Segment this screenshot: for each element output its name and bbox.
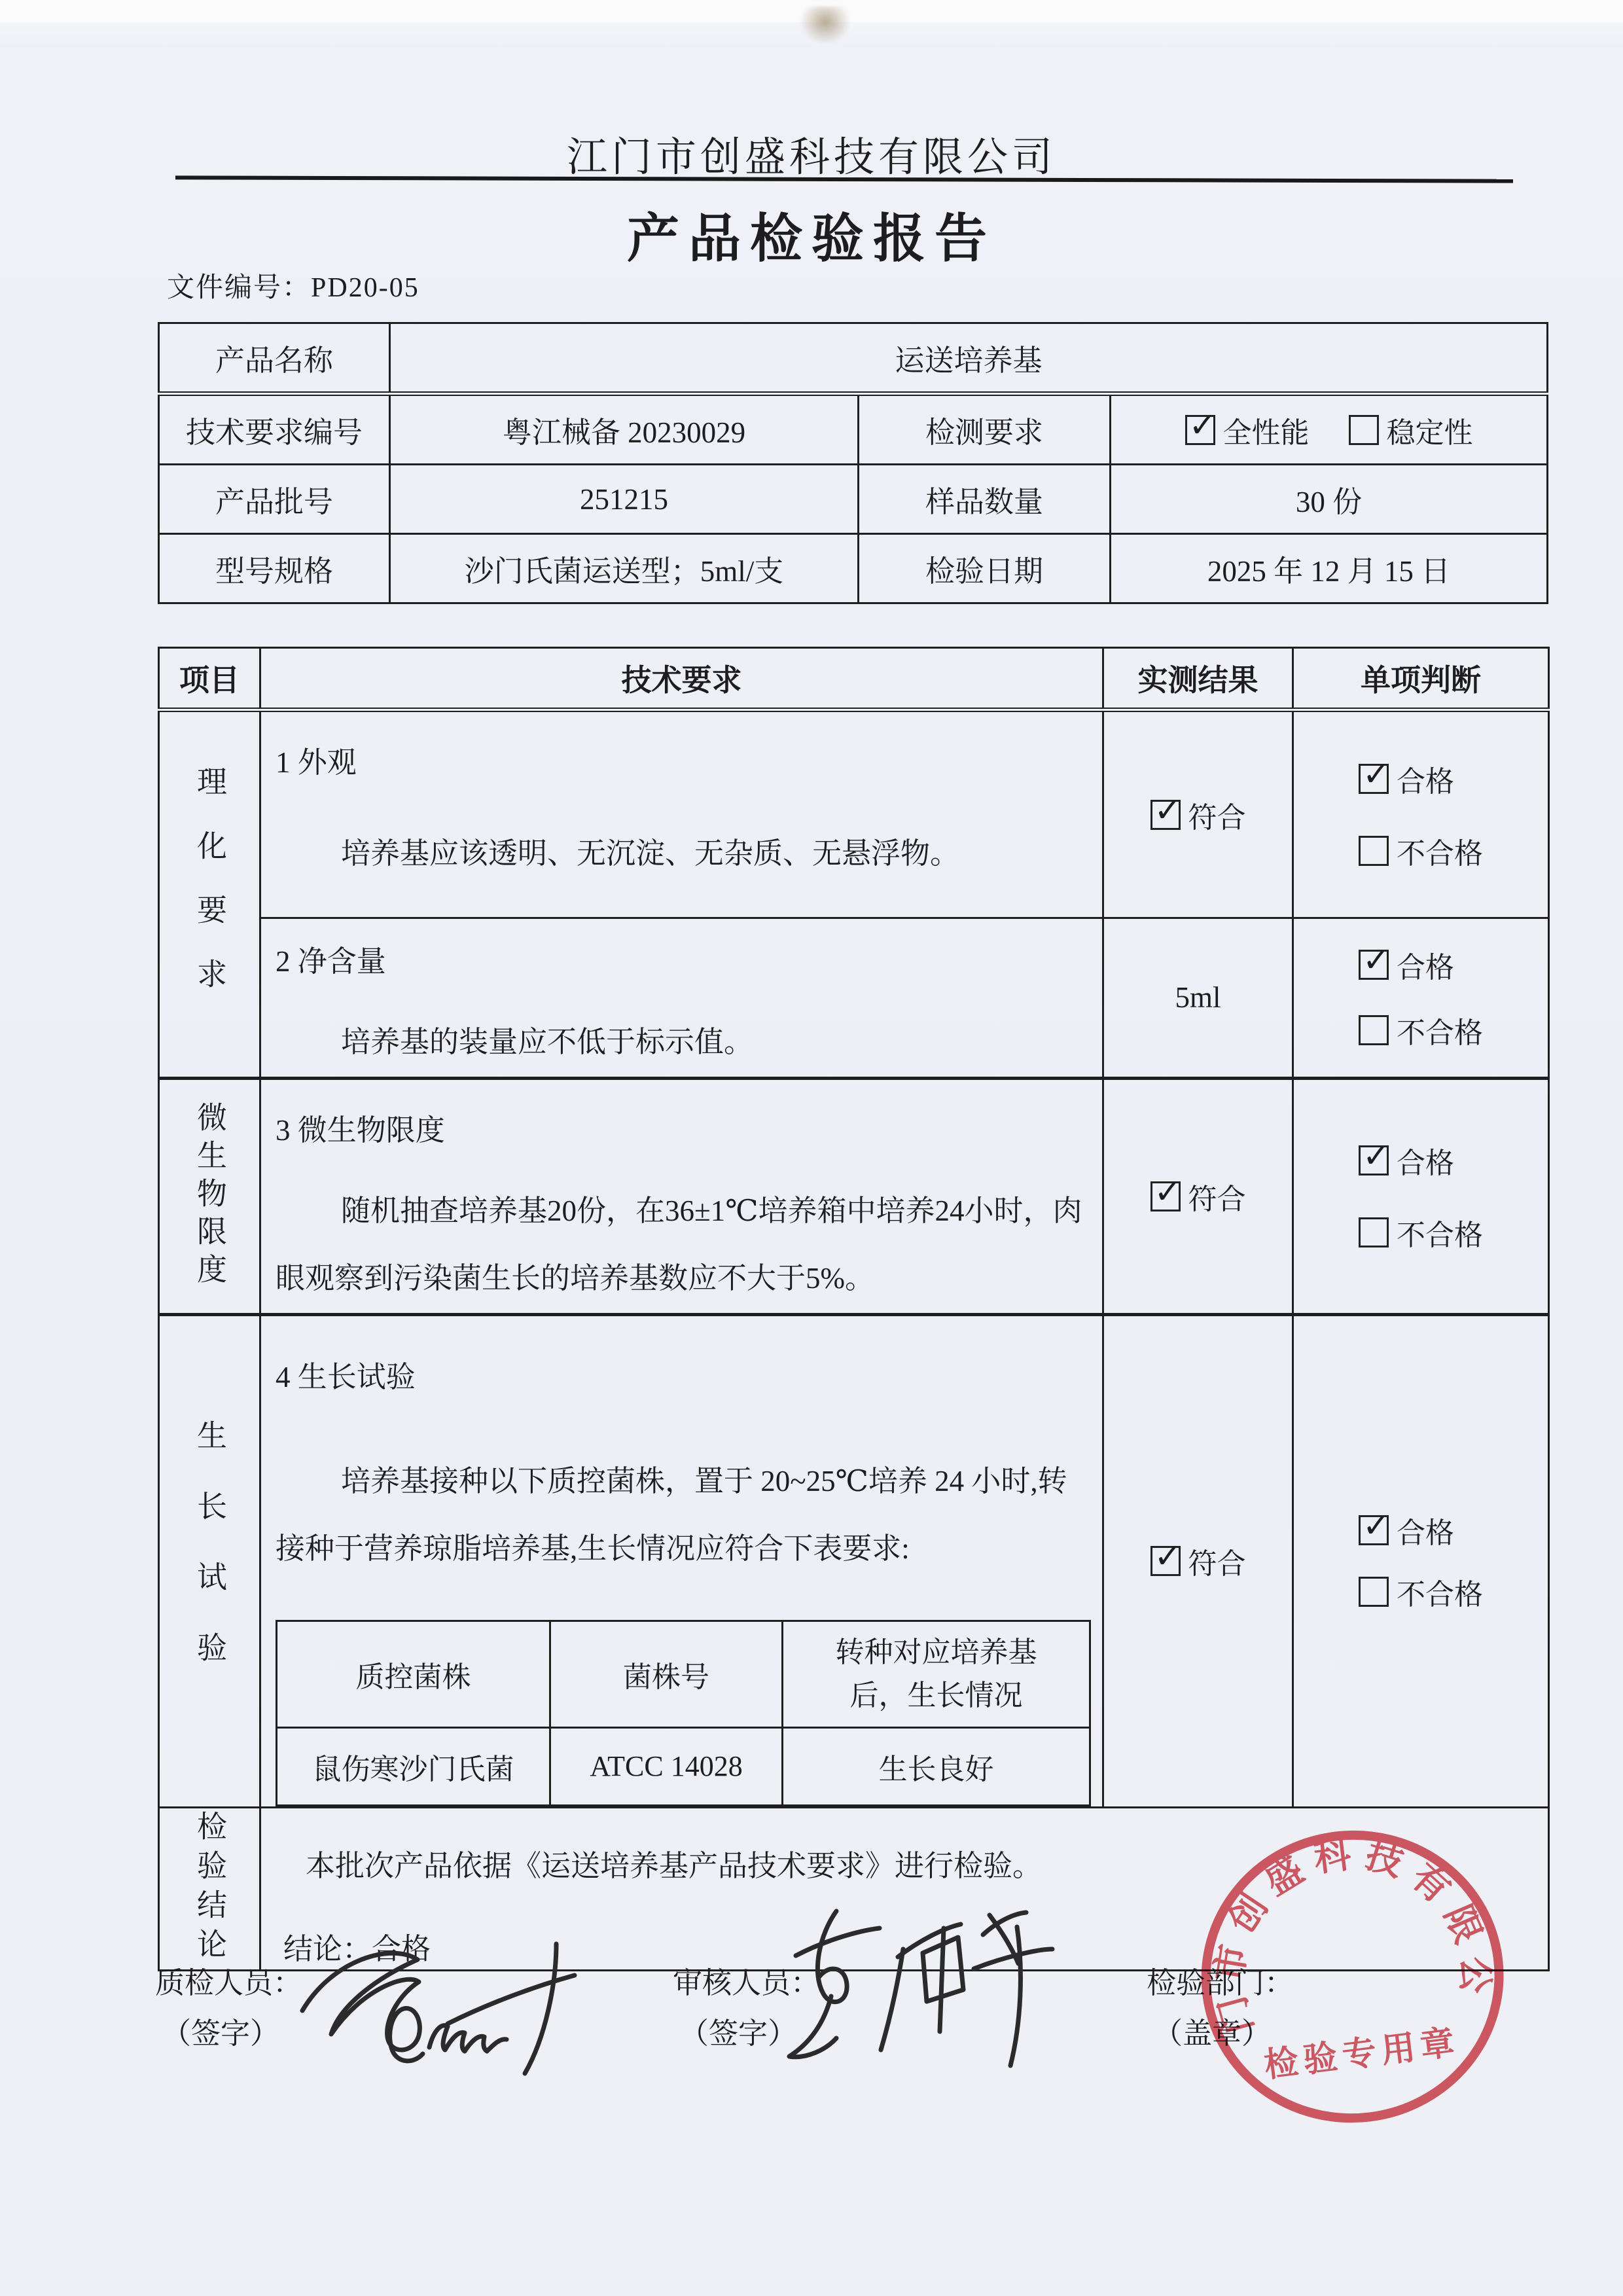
batch-label: 产品批号 <box>159 465 390 534</box>
document-number: 文件编号：PD20-05 <box>167 266 419 305</box>
unchecked-checkbox-icon <box>1349 415 1379 445</box>
table-row: 型号规格 沙门氏菌运送型；5ml/支 检验日期 2025 年 12 月 15 日 <box>159 534 1548 603</box>
requirement-heading: 2 净含量 <box>276 937 1082 980</box>
table-row-net-content: 2 净含量 培养基的装量应不低于标示值。 5ml 合格 不合格 <box>159 918 1549 1079</box>
checked-checkbox-icon <box>1185 415 1215 445</box>
col-header-item: 项目 <box>159 648 260 710</box>
page-title: 产品检验报告 <box>0 196 1623 272</box>
checked-checkbox-icon <box>1359 1515 1389 1545</box>
inspector-label: 质检人员： <box>155 1969 302 1998</box>
fail-label: 不合格 <box>1397 830 1483 872</box>
category-growth: 生长试验 <box>159 1314 260 1807</box>
judgement-growth: 合格 不合格 <box>1293 1314 1549 1807</box>
strain-number: ATCC 14028 <box>550 1727 783 1805</box>
strain-table-row: 鼠伤寒沙门氏菌 ATCC 14028 生长良好 <box>277 1727 1090 1805</box>
company-seal-stamp: 江门市创盛科技有限公司 检验专用章 <box>1175 1806 1531 2151</box>
model-value: 沙门氏菌运送型；5ml/支 <box>390 534 859 603</box>
strain-col-header: 质控菌株 <box>277 1621 550 1727</box>
judgement-net-content: 合格 不合格 <box>1293 918 1549 1079</box>
strain-table-header: 质控菌株 菌株号 转种对应培养基后，生长情况 <box>277 1621 1090 1727</box>
col-header-judgement: 单项判断 <box>1293 648 1549 710</box>
product-info-table: 产品名称 运送培养基 技术要求编号 粤江械备 20230029 检测要求 全性能… <box>158 322 1548 604</box>
requirement-heading: 1 外观 <box>276 738 1082 781</box>
category-label: 微生物限度 <box>188 1102 231 1291</box>
test-req-option-full: 全性能 <box>1185 409 1310 451</box>
reviewer-handwritten-signature <box>774 1893 1061 2089</box>
stamp-caption-text: 检验专用章 <box>1262 2023 1462 2085</box>
pass-label: 合格 <box>1397 1509 1454 1551</box>
strain-no-col-header: 菌株号 <box>550 1621 783 1727</box>
table-row-appearance: 理化要求 1 外观 培养基应该透明、无沉淀、无杂质、无悬浮物。 符合 合格 不合… <box>159 710 1549 918</box>
pass-label: 合格 <box>1397 944 1454 986</box>
checked-checkbox-icon <box>1359 950 1389 980</box>
inspection-report-page: 江门市创盛科技有限公司 产品检验报告 文件编号：PD20-05 产品名称 运送培… <box>0 0 1623 2296</box>
test-req-label: 检测要求 <box>859 394 1111 465</box>
requirement-text: 随机抽查培养基20份，在36±1℃培养箱中培养24小时，肉眼观察到污染菌生长的培… <box>276 1177 1082 1313</box>
table-row-growth: 生长试验 4 生长试验 培养基接种以下质控菌株，置于 20~25℃培养 24 小… <box>159 1314 1549 1807</box>
table-row: 产品批号 251215 样品数量 30 份 <box>159 465 1548 534</box>
growth-status: 生长良好 <box>783 1727 1090 1805</box>
requirement-appearance: 1 外观 培养基应该透明、无沉淀、无杂质、无悬浮物。 <box>260 710 1103 918</box>
requirement-growth: 4 生长试验 培养基接种以下质控菌株，置于 20~25℃培养 24 小时,转接种… <box>260 1314 1103 1807</box>
result-label: 符合 <box>1188 1540 1246 1582</box>
inspector-signature-block: 质检人员： （签字） <box>155 1969 302 2049</box>
table-row-microbial: 微生物限度 3 微生物限度 随机抽查培养基20份，在36±1℃培养箱中培养24小… <box>159 1078 1549 1314</box>
result-net-content: 5ml <box>1103 918 1293 1079</box>
category-label: 检验结论 <box>188 1810 231 1967</box>
batch-value: 251215 <box>390 465 859 534</box>
category-label: 生长试验 <box>188 1420 231 1702</box>
model-label: 型号规格 <box>159 534 390 603</box>
result-table-header: 项目 技术要求 实测结果 单项判断 <box>159 648 1549 710</box>
fail-label: 不合格 <box>1397 1009 1483 1051</box>
inspection-result-table: 项目 技术要求 实测结果 单项判断 理化要求 1 外观 培养基应该透明、无沉淀、… <box>158 647 1550 1971</box>
unchecked-checkbox-icon <box>1359 1217 1389 1247</box>
table-row: 产品名称 运送培养基 <box>159 323 1548 394</box>
unchecked-checkbox-icon <box>1359 1577 1389 1607</box>
requirement-heading: 3 微生物限度 <box>276 1106 1082 1149</box>
judgement-microbial: 合格 不合格 <box>1293 1078 1549 1314</box>
result-label: 符合 <box>1188 1175 1246 1217</box>
result-label: 符合 <box>1188 794 1246 836</box>
document-number-value: PD20-05 <box>311 273 419 303</box>
date-label: 检验日期 <box>859 534 1111 603</box>
pass-label: 合格 <box>1397 758 1454 800</box>
unchecked-checkbox-icon <box>1359 1015 1389 1045</box>
checked-checkbox-icon <box>1359 1145 1389 1175</box>
category-microbial: 微生物限度 <box>159 1078 260 1314</box>
requirement-net-content: 2 净含量 培养基的装量应不低于标示值。 <box>260 918 1103 1079</box>
sample-qty-value: 30 份 <box>1111 465 1548 534</box>
requirement-text: 培养基接种以下质控菌株，置于 20~25℃培养 24 小时,转接种于营养琼脂培养… <box>276 1448 1082 1583</box>
strain-name: 鼠伤寒沙门氏菌 <box>277 1727 550 1805</box>
category-physical: 理化要求 <box>159 710 260 1079</box>
sample-qty-label: 样品数量 <box>859 465 1111 534</box>
table-row: 技术要求编号 粤江械备 20230029 检测要求 全性能 稳定性 <box>159 394 1548 465</box>
document-number-label: 文件编号： <box>167 273 311 303</box>
inspector-handwritten-signature <box>293 1926 581 2089</box>
col-header-result: 实测结果 <box>1103 648 1293 710</box>
col-header-requirement: 技术要求 <box>260 648 1103 710</box>
checked-checkbox-icon <box>1150 800 1181 830</box>
requirement-text: 培养基的装量应不低于标示值。 <box>276 1009 1082 1077</box>
pass-label: 合格 <box>1397 1139 1454 1181</box>
tech-req-no-label: 技术要求编号 <box>159 394 390 465</box>
requirement-heading: 4 生长试验 <box>276 1353 1082 1395</box>
result-microbial: 符合 <box>1103 1078 1293 1314</box>
fail-label: 不合格 <box>1397 1571 1483 1613</box>
product-name-label: 产品名称 <box>159 323 390 394</box>
requirement-microbial: 3 微生物限度 随机抽查培养基20份，在36±1℃培养箱中培养24小时，肉眼观察… <box>260 1078 1103 1314</box>
date-value: 2025 年 12 月 15 日 <box>1111 534 1548 603</box>
scan-smudge <box>800 7 851 45</box>
company-name: 江门市创盛科技有限公司 <box>0 124 1623 183</box>
checked-checkbox-icon <box>1150 1181 1181 1211</box>
checked-checkbox-icon <box>1150 1546 1181 1576</box>
growth-col-header: 转种对应培养基后，生长情况 <box>783 1621 1090 1727</box>
unchecked-checkbox-icon <box>1359 836 1389 866</box>
result-growth: 符合 <box>1103 1314 1293 1807</box>
test-req-option-stability: 稳定性 <box>1349 409 1473 451</box>
product-name-value: 运送培养基 <box>390 323 1548 394</box>
category-conclusion: 检验结论 <box>159 1807 260 1970</box>
category-label: 理化要求 <box>188 766 231 1022</box>
result-appearance: 符合 <box>1103 710 1293 918</box>
fail-label: 不合格 <box>1397 1211 1483 1253</box>
stamp-company-text: 江门市创盛科技有限公司 <box>1175 1806 1501 2043</box>
tech-req-no-value: 粤江械备 20230029 <box>390 394 859 465</box>
judgement-appearance: 合格 不合格 <box>1293 710 1549 918</box>
requirement-text: 培养基应该透明、无沉淀、无杂质、无悬浮物。 <box>276 820 1082 888</box>
growth-strain-table: 质控菌株 菌株号 转种对应培养基后，生长情况 鼠伤寒沙门氏菌 ATCC 1402… <box>276 1620 1091 1806</box>
option-label: 稳定性 <box>1387 409 1473 451</box>
checked-checkbox-icon <box>1359 764 1389 794</box>
option-label: 全性能 <box>1223 409 1310 451</box>
inspector-sub-label: （签字） <box>155 2019 302 2049</box>
test-req-options: 全性能 稳定性 <box>1111 394 1548 465</box>
